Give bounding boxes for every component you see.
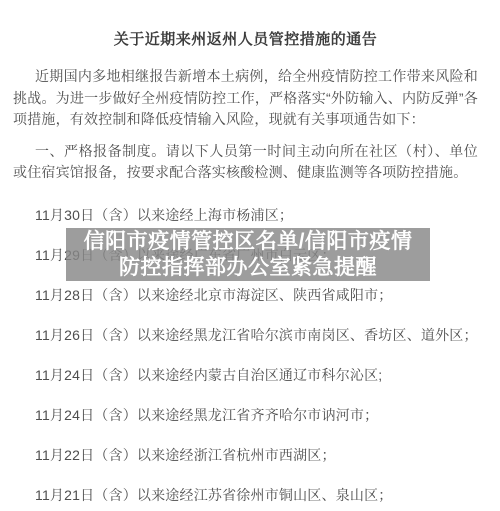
watermark-line-2: 防控指挥部办公室紧急提醒 <box>66 255 430 281</box>
travel-item: 11月28日（含）以来途经北京市海淀区、陕西省咸阳市； <box>35 288 478 303</box>
notice-rule-paragraph: 一、严格报备制度。请以下人员第一时间主动向所在社区（村）、单位或住宿宾馆报备，按… <box>13 141 478 184</box>
notice-title: 关于近期来州返州人员管控措施的通告 <box>13 28 478 49</box>
travel-item: 11月24日（含）以来途经黑龙江省齐齐哈尔市讷河市； <box>35 408 478 423</box>
watermark-caption-banner: 信阳市疫情管控区名单/信阳市疫情 防控指挥部办公室紧急提醒 <box>66 228 430 281</box>
travel-item: 11月30日（含）以来途经上海市杨浦区； <box>35 208 478 223</box>
travel-item: 11月22日（含）以来途经浙江省杭州市西湖区； <box>35 448 478 463</box>
travel-item: 11月26日（含）以来途经黑龙江省哈尔滨市南岗区、香坊区、道外区； <box>35 328 478 343</box>
travel-item: 11月24日（含）以来途经内蒙古自治区通辽市科尔沁区; <box>35 368 478 383</box>
notice-intro-paragraph: 近期国内多地相继报告新增本土病例，给全州疫情防控工作带来风险和挑战。为进一步做好… <box>13 66 478 131</box>
travel-item: 11月21日（含）以来途经江苏省徐州市铜山区、泉山区； <box>35 488 478 503</box>
watermark-line-1: 信阳市疫情管控区名单/信阳市疫情 <box>66 229 430 255</box>
